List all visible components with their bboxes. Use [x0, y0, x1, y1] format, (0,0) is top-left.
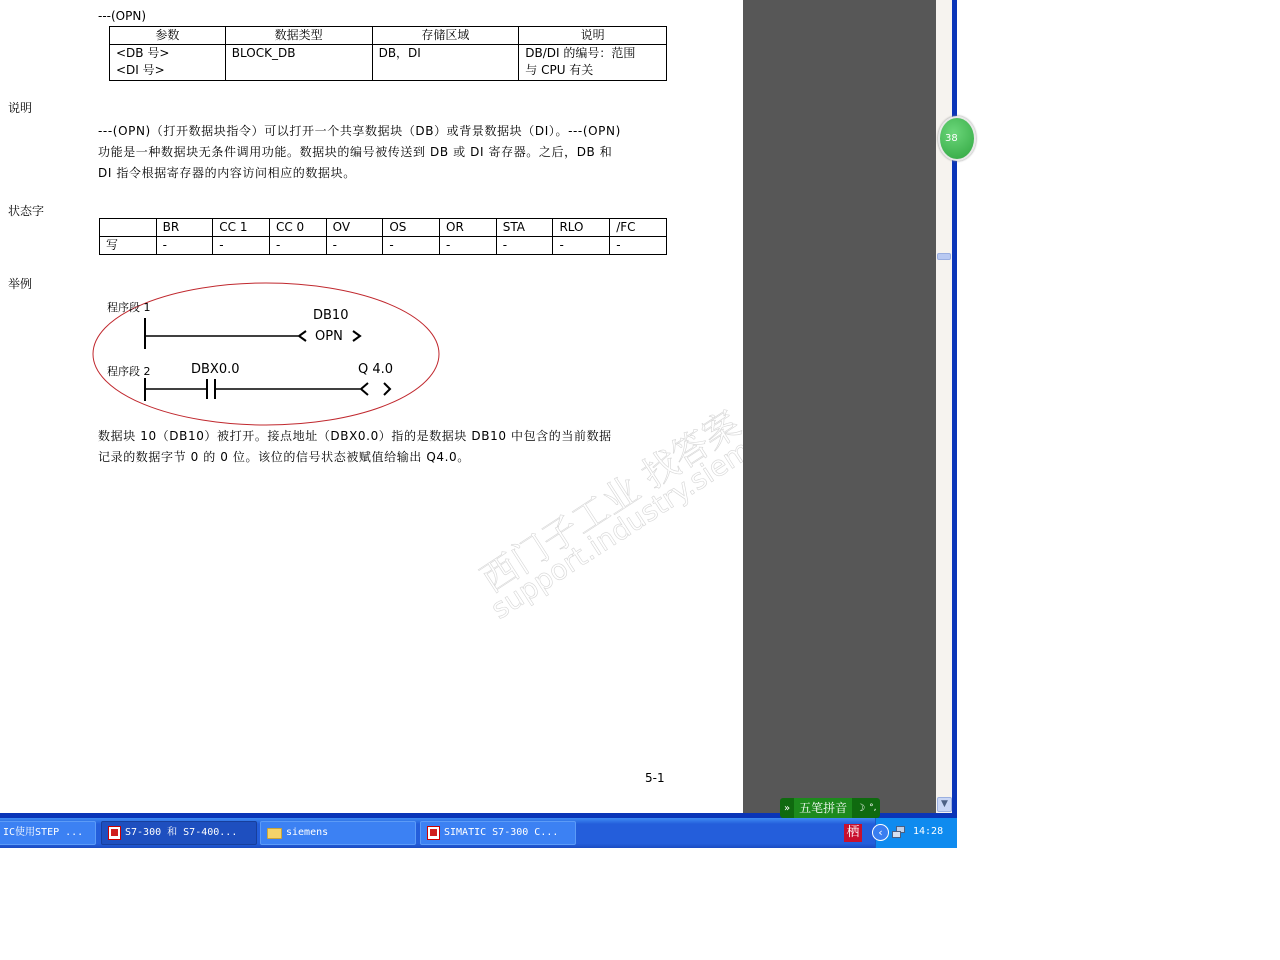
tray-expand-chevron-icon[interactable]: ‹ [872, 824, 889, 841]
status-header-cell: RLO [553, 219, 610, 237]
param-cell: <DB 号> <DI 号> [110, 45, 226, 81]
status-header-cell [100, 219, 157, 237]
pdf-page: ---(OPN) 参数 数据类型 存储区域 说明 <DB 号> <DI 号> B… [0, 0, 743, 813]
status-value-cell: - [269, 237, 326, 255]
status-header-cell: CC 0 [269, 219, 326, 237]
status-header-cell: /FC [610, 219, 667, 237]
viewer-background [743, 0, 936, 813]
param-header: 参数 [110, 27, 226, 45]
description-heading: 说明 [8, 99, 32, 116]
page-number: 5-1 [645, 771, 665, 785]
db10-operand: DB10 [313, 308, 348, 323]
ime-mode-label[interactable]: 五笔拼音 [794, 798, 852, 818]
network-icon[interactable] [892, 826, 906, 839]
area-header: 存储区域 [372, 27, 519, 45]
desc-cell: DB/DI 的编号：范围 与 CPU 有关 [519, 45, 667, 81]
taskbar-item-siemens-folder[interactable]: siemens [260, 821, 416, 845]
status-header-cell: OS [383, 219, 440, 237]
output-address: Q 4.0 [358, 362, 393, 377]
pdf-icon [427, 826, 440, 840]
type-header: 数据类型 [225, 27, 372, 45]
tray-ime-icon[interactable]: 栖 [844, 824, 862, 842]
taskbar-item-simatic-manual[interactable]: SIMATIC S7-300 C... [420, 821, 576, 845]
example-heading: 举例 [8, 275, 32, 292]
ime-toolbar[interactable]: » 五笔拼音 ☽ °, [780, 798, 880, 818]
taskbar-item-step7[interactable]: IC使用STEP ... [0, 821, 96, 845]
pdf-icon [108, 826, 121, 840]
folder-icon [267, 828, 282, 839]
status-value-cell: 写 [100, 237, 157, 255]
status-header-cell: STA [496, 219, 553, 237]
scrollbar-thumb[interactable] [937, 253, 951, 260]
network-1-label: 程序段 1 [107, 299, 151, 315]
status-heading: 状态字 [8, 202, 44, 219]
chevron-down-icon: ▼ [941, 799, 948, 809]
status-value-cell: - [610, 237, 667, 255]
floating-badge[interactable]: 38 [938, 116, 976, 161]
status-value-cell: - [213, 237, 270, 255]
status-header-cell: OV [326, 219, 383, 237]
taskbar-item-s7-manual[interactable]: S7-300 和 S7-400... [101, 821, 257, 845]
network-2-label: 程序段 2 [107, 363, 151, 379]
example-paragraph: 数据块 10（DB10）被打开。接点地址（DBX0.0）指的是数据块 DB10 … [98, 426, 612, 468]
area-cell: DB，DI [372, 45, 519, 81]
taskbar: IC使用STEP ... S7-300 和 S7-400... siemens … [0, 818, 957, 848]
status-value-cell: - [553, 237, 610, 255]
status-header-cell: OR [440, 219, 497, 237]
opn-coil-label: OPN [315, 329, 343, 344]
param-table: 参数 数据类型 存储区域 说明 <DB 号> <DI 号> BLOCK_DB D… [109, 26, 667, 81]
status-value-cell: - [156, 237, 213, 255]
status-value-cell: - [440, 237, 497, 255]
ime-collapse-icon[interactable]: » [780, 803, 794, 814]
moon-icon[interactable]: ☽ [852, 803, 869, 814]
taskbar-clock[interactable]: 14:28 [913, 826, 943, 837]
punctuation-icon[interactable]: °, [869, 803, 880, 813]
desc-header: 说明 [519, 27, 667, 45]
status-word-table: BRCC 1CC 0OVOSORSTARLO/FC 写--------- [99, 218, 667, 255]
scroll-down-button[interactable]: ▼ [937, 797, 952, 812]
contact-address: DBX0.0 [191, 362, 240, 377]
instruction-title: ---(OPN) [98, 9, 146, 23]
status-header-cell: CC 1 [213, 219, 270, 237]
status-value-cell: - [326, 237, 383, 255]
status-value-cell: - [496, 237, 553, 255]
status-header-cell: BR [156, 219, 213, 237]
type-cell: BLOCK_DB [225, 45, 372, 81]
description-paragraph: ---(OPN)（打开数据块指令）可以打开一个共享数据块（DB）或背景数据块（D… [98, 121, 621, 184]
status-value-cell: - [383, 237, 440, 255]
